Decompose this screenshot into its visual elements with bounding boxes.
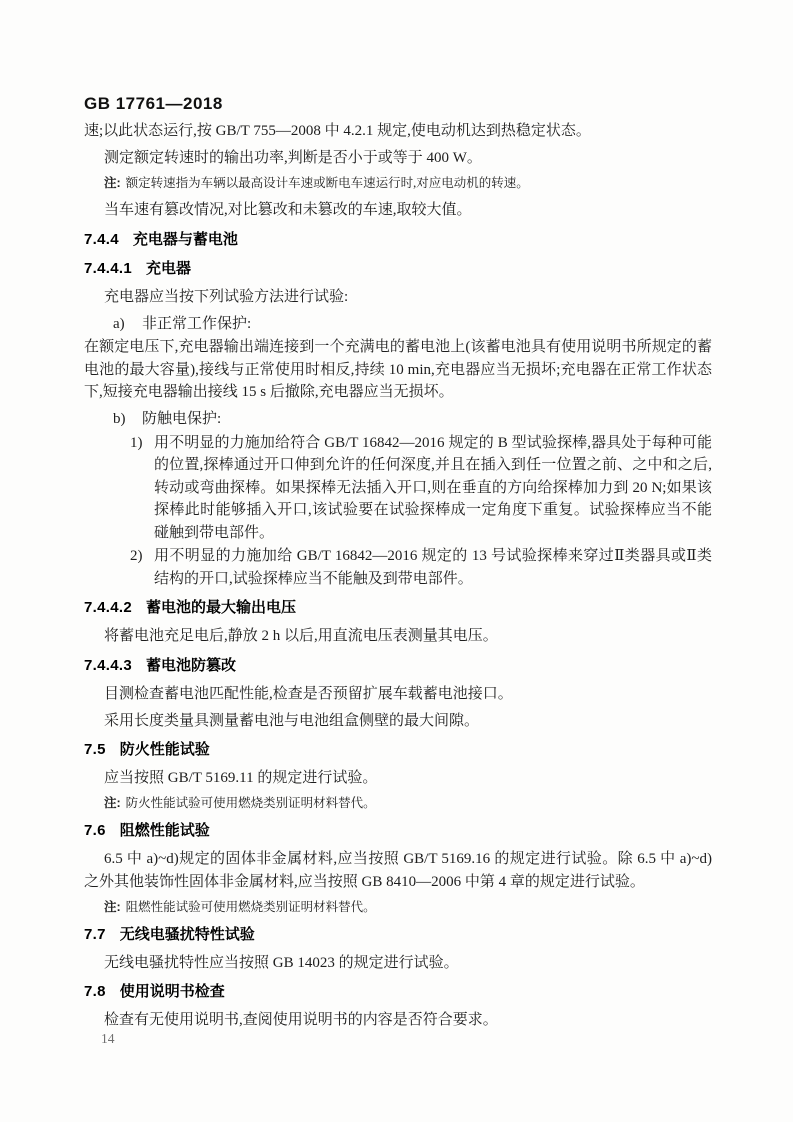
note: 注:防火性能试验可使用燃烧类别证明材料替代。 <box>104 794 712 813</box>
note-label: 注: <box>104 796 121 810</box>
section-heading: 7.4.4.3蓄电池防篡改 <box>84 654 712 677</box>
section-heading: 7.6阻燃性能试验 <box>84 819 712 842</box>
heading-number: 7.6 <box>84 822 106 839</box>
paragraph: 6.5 中 a)~d)规定的固体非金属材料,应当按照 GB/T 5169.16 … <box>84 848 712 893</box>
sublist-item: 1)用不明显的力施加给符合 GB/T 16842—2016 规定的 B 型试验探… <box>130 432 712 545</box>
list-item: a)非正常工作保护: <box>113 313 712 336</box>
paragraph: 应当按照 GB/T 5169.11 的规定进行试验。 <box>84 767 712 790</box>
list-marker: a) <box>113 313 142 336</box>
paragraph: 充电器应当按下列试验方法进行试验: <box>84 286 712 309</box>
heading-number: 7.4.4.2 <box>84 599 132 616</box>
list-marker: 2) <box>130 545 154 590</box>
heading-number: 7.4.4 <box>84 231 119 248</box>
note-label: 注: <box>104 176 121 190</box>
section-heading: 7.8使用说明书检查 <box>84 980 712 1003</box>
note-text: 额定转速指为车辆以最高设计车速或断电车速运行时,对应电动机的转速。 <box>126 176 529 190</box>
list-item-body: 在额定电压下,充电器输出端连接到一个充满电的蓄电池上(该蓄电池具有使用说明书所规… <box>84 336 712 404</box>
list-text: 用不明显的力施加给符合 GB/T 16842—2016 规定的 B 型试验探棒,… <box>154 432 712 545</box>
note-text: 阻燃性能试验可使用燃烧类别证明材料替代。 <box>126 900 376 914</box>
paragraph: 采用长度类量具测量蓄电池与电池组盒侧壁的最大间隙。 <box>84 710 712 733</box>
heading-title: 使用说明书检查 <box>120 983 225 1000</box>
heading-number: 7.7 <box>84 926 106 943</box>
heading-title: 蓄电池的最大输出电压 <box>146 599 296 616</box>
section-heading: 7.5防火性能试验 <box>84 738 712 761</box>
heading-title: 无线电骚扰特性试验 <box>120 926 255 943</box>
section-heading: 7.4.4.1充电器 <box>84 257 712 280</box>
heading-title: 充电器与蓄电池 <box>133 231 238 248</box>
list-marker: b) <box>113 408 142 431</box>
note: 注:阻燃性能试验可使用燃烧类别证明材料替代。 <box>104 898 712 917</box>
list-item: b)防触电保护: <box>113 408 712 431</box>
list-marker: 1) <box>130 432 154 545</box>
note-label: 注: <box>104 900 121 914</box>
note-text: 防火性能试验可使用燃烧类别证明材料替代。 <box>126 796 376 810</box>
heading-title: 阻燃性能试验 <box>120 822 210 839</box>
paragraph: 将蓄电池充足电后,静放 2 h 以后,用直流电压表测量其电压。 <box>84 625 712 648</box>
list-text: 用不明显的力施加给 GB/T 16842—2016 规定的 13 号试验探棒来穿… <box>154 545 712 590</box>
heading-title: 充电器 <box>146 260 191 277</box>
paragraph: 当车速有篡改情况,对比篡改和未篡改的车速,取较大值。 <box>84 199 712 222</box>
paragraph: 检查有无使用说明书,查阅使用说明书的内容是否符合要求。 <box>84 1009 712 1032</box>
section-heading: 7.4.4充电器与蓄电池 <box>84 228 712 251</box>
list-text: 防触电保护: <box>142 408 712 431</box>
page-number: 14 <box>101 1031 115 1047</box>
heading-title: 防火性能试验 <box>120 741 210 758</box>
document-page: GB 17761—2018 速;以此状态运行,按 GB/T 755—2008 中… <box>0 0 793 1122</box>
heading-number: 7.5 <box>84 741 106 758</box>
heading-number: 7.4.4.1 <box>84 260 132 277</box>
paragraph-continuation: 速;以此状态运行,按 GB/T 755—2008 中 4.2.1 规定,使电动机… <box>84 120 712 143</box>
paragraph: 目测检查蓄电池匹配性能,检查是否预留扩展车载蓄电池接口。 <box>84 683 712 706</box>
note: 注:额定转速指为车辆以最高设计车速或断电车速运行时,对应电动机的转速。 <box>104 174 712 193</box>
heading-number: 7.4.4.3 <box>84 657 132 674</box>
list-text: 非正常工作保护: <box>142 313 712 336</box>
paragraph: 测定额定转速时的输出功率,判断是否小于或等于 400 W。 <box>84 147 712 170</box>
sublist-item: 2)用不明显的力施加给 GB/T 16842—2016 规定的 13 号试验探棒… <box>130 545 712 590</box>
heading-title: 蓄电池防篡改 <box>146 657 236 674</box>
standard-code: GB 17761—2018 <box>84 94 223 114</box>
document-content: 速;以此状态运行,按 GB/T 755—2008 中 4.2.1 规定,使电动机… <box>84 120 712 1036</box>
heading-number: 7.8 <box>84 983 106 1000</box>
section-heading: 7.7无线电骚扰特性试验 <box>84 923 712 946</box>
section-heading: 7.4.4.2蓄电池的最大输出电压 <box>84 596 712 619</box>
paragraph: 无线电骚扰特性应当按照 GB 14023 的规定进行试验。 <box>84 952 712 975</box>
